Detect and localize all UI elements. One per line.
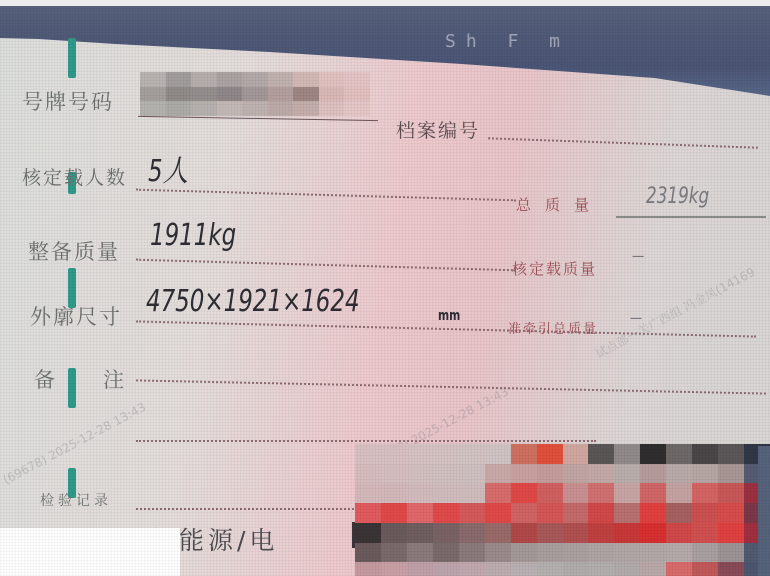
label-rated-load: 核定载质量 bbox=[512, 258, 597, 279]
label-towing-mass: 准牵引总质量 bbox=[508, 318, 598, 337]
cover-text: Sh F m bbox=[445, 31, 570, 52]
label-dimensions: 外廓尺寸 bbox=[30, 301, 122, 331]
gross-mass-line bbox=[616, 216, 766, 218]
photo-edge bbox=[758, 446, 770, 576]
label-curb-weight: 整备质量 bbox=[28, 236, 120, 266]
seats-line bbox=[136, 189, 516, 202]
document-photo: Sh F m 号牌号码 档案编号 核定载人数 5人 总质量 2319kg 整备质… bbox=[0, 6, 770, 576]
label-inspection-record: 检验记录 bbox=[40, 490, 112, 510]
redacted-plate-number bbox=[140, 72, 370, 116]
certificate-cover-edge: Sh F m bbox=[0, 6, 770, 106]
remarks-line-2 bbox=[136, 440, 596, 442]
label-archive-number: 档案编号 bbox=[396, 116, 480, 143]
label-gross-mass: 总质量 bbox=[516, 194, 603, 215]
label-seats: 核定载人数 bbox=[22, 163, 127, 190]
white-redaction-box bbox=[0, 528, 180, 576]
plate-number-line bbox=[138, 116, 378, 121]
curb-weight-line bbox=[136, 259, 516, 272]
value-seats: 5人 bbox=[148, 146, 188, 190]
remarks-line-1 bbox=[136, 379, 766, 394]
redacted-block bbox=[355, 444, 770, 576]
value-gross-mass: 2319kg bbox=[646, 184, 709, 209]
label-plate-number: 号牌号码 bbox=[22, 86, 114, 116]
value-dimensions-unit: mm bbox=[438, 308, 460, 324]
watermark: 试点部一关广西组 冯金凤(14169 bbox=[592, 263, 758, 362]
value-rated-load: — bbox=[632, 246, 644, 265]
value-dimensions: 4750×1921×1624 bbox=[146, 284, 360, 319]
archive-number-line bbox=[488, 137, 758, 148]
value-curb-weight: 1911kg bbox=[150, 218, 236, 253]
spine-mark bbox=[68, 38, 76, 78]
